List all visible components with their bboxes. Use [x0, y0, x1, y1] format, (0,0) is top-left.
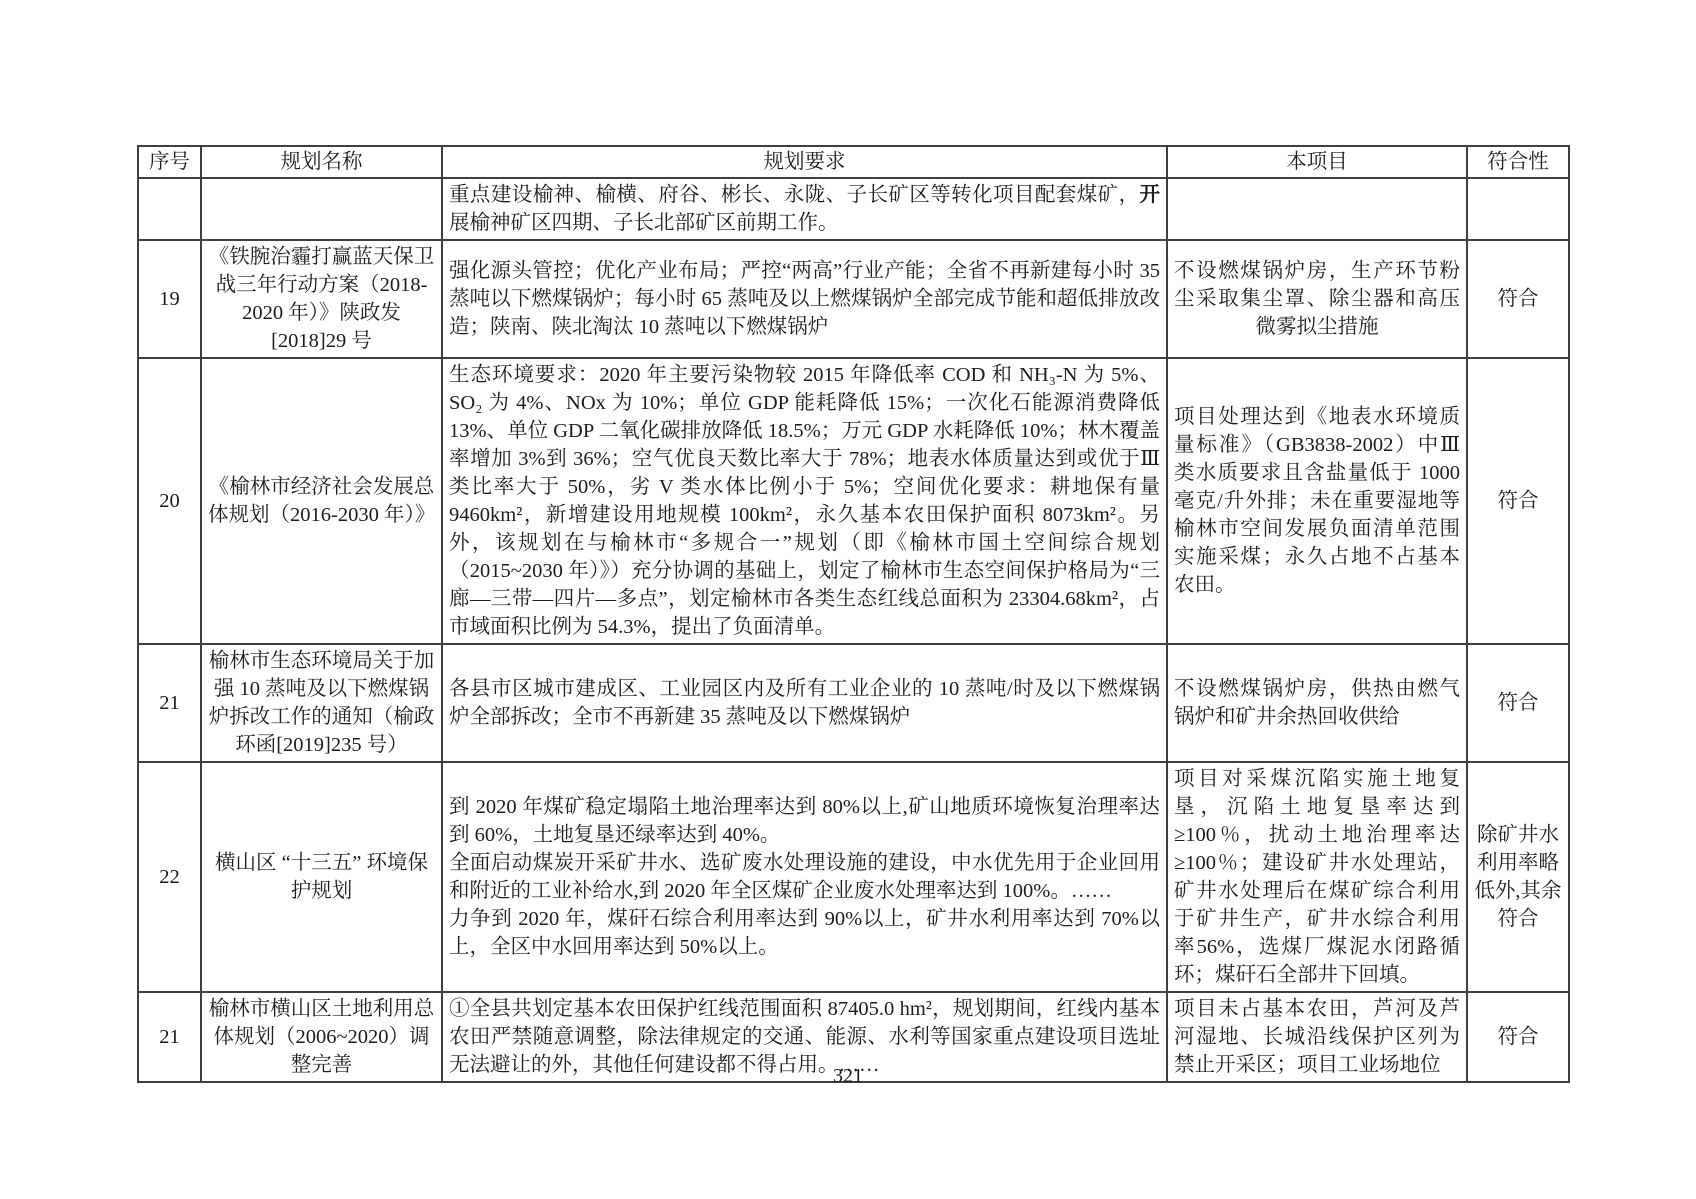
header-cell-plan-requirements: 规划要求	[442, 146, 1167, 178]
document-page: 序号 规划名称 规划要求 本项目 符合性 重点建设榆神、榆横、府谷、彬长、永陇、…	[0, 0, 1696, 1199]
requirements-cell: 强化源头管控；优化产业布局；严控“两高”行业产能；全省不再新建每小时 35 蒸吨…	[442, 240, 1167, 358]
plan-name-cell	[201, 178, 442, 240]
compliance-cell	[1467, 178, 1569, 240]
requirements-cell: 生态环境要求：2020 年主要污染物较 2015 年降低率 COD 和 NH₃-…	[442, 358, 1167, 644]
requirements-text-bold: 开	[1140, 184, 1161, 206]
page-number: 321	[0, 1065, 1696, 1088]
table-row-21: 21 榆林市生态环境局关于加强 10 蒸吨及以下燃煤锅炉拆改工作的通知（榆政环函…	[138, 644, 1569, 762]
compliance-cell: 符合	[1467, 358, 1569, 644]
header-cell-this-project: 本项目	[1167, 146, 1467, 178]
project-cell: 不设燃煤锅炉房，供热由燃气锅炉和矿井余热回收供给	[1167, 644, 1467, 762]
serial-cell: 21	[138, 644, 201, 762]
project-cell: 项目对采煤沉陷实施土地复垦，沉陷土地复垦率达到≥100％，扰动土地治理率达≥10…	[1167, 762, 1467, 992]
plan-name-cell: 横山区 “十三五” 环境保护规划	[201, 762, 442, 992]
plan-name-cell: 榆林市生态环境局关于加强 10 蒸吨及以下燃煤锅炉拆改工作的通知（榆政环函[20…	[201, 644, 442, 762]
compliance-table: 序号 规划名称 规划要求 本项目 符合性 重点建设榆神、榆横、府谷、彬长、永陇、…	[137, 145, 1570, 1083]
requirements-text-part1: 重点建设榆神、榆横、府谷、彬长、永陇、子长矿区等转化项目配套煤矿，	[449, 184, 1140, 206]
header-cell-compliance: 符合性	[1467, 146, 1569, 178]
serial-cell: 22	[138, 762, 201, 992]
header-cell-serial: 序号	[138, 146, 201, 178]
compliance-cell: 符合	[1467, 644, 1569, 762]
table-row-19: 19 《铁腕治霾打赢蓝天保卫战三年行动方案（2018-2020 年）》陕政发[2…	[138, 240, 1569, 358]
requirements-cell: 到 2020 年煤矿稳定塌陷土地治理率达到 80%以上,矿山地质环境恢复治理率达…	[442, 762, 1167, 992]
requirements-cell: 各县市区城市建成区、工业园区内及所有工业企业的 10 蒸吨/时及以下燃煤锅炉全部…	[442, 644, 1167, 762]
serial-cell	[138, 178, 201, 240]
plan-name-cell: 《铁腕治霾打赢蓝天保卫战三年行动方案（2018-2020 年）》陕政发[2018…	[201, 240, 442, 358]
project-cell: 不设燃煤锅炉房，生产环节粉尘采取集尘罩、除尘器和高压微雾拟尘措施	[1167, 240, 1467, 358]
compliance-cell: 除矿井水利用率略低外,其余符合	[1467, 762, 1569, 992]
table-row-continuation: 重点建设榆神、榆横、府谷、彬长、永陇、子长矿区等转化项目配套煤矿，开展榆神矿区四…	[138, 178, 1569, 240]
table-row-20: 20 《榆林市经济社会发展总体规划（2016-2030 年）》 生态环境要求：2…	[138, 358, 1569, 644]
requirements-cell: 重点建设榆神、榆横、府谷、彬长、永陇、子长矿区等转化项目配套煤矿，开展榆神矿区四…	[442, 178, 1167, 240]
table-header-row: 序号 规划名称 规划要求 本项目 符合性	[138, 146, 1569, 178]
requirements-text-part2: 展榆神矿区四期、子长北部矿区前期工作。	[449, 212, 839, 234]
plan-name-cell: 《榆林市经济社会发展总体规划（2016-2030 年）》	[201, 358, 442, 644]
compliance-cell: 符合	[1467, 240, 1569, 358]
project-cell	[1167, 178, 1467, 240]
serial-cell: 20	[138, 358, 201, 644]
table-row-22: 22 横山区 “十三五” 环境保护规划 到 2020 年煤矿稳定塌陷土地治理率达…	[138, 762, 1569, 992]
serial-cell: 19	[138, 240, 201, 358]
header-cell-plan-name: 规划名称	[201, 146, 442, 178]
project-cell: 项目处理达到《地表水环境质量标准》（GB3838-2002）中Ⅲ 类水质要求且含…	[1167, 358, 1467, 644]
